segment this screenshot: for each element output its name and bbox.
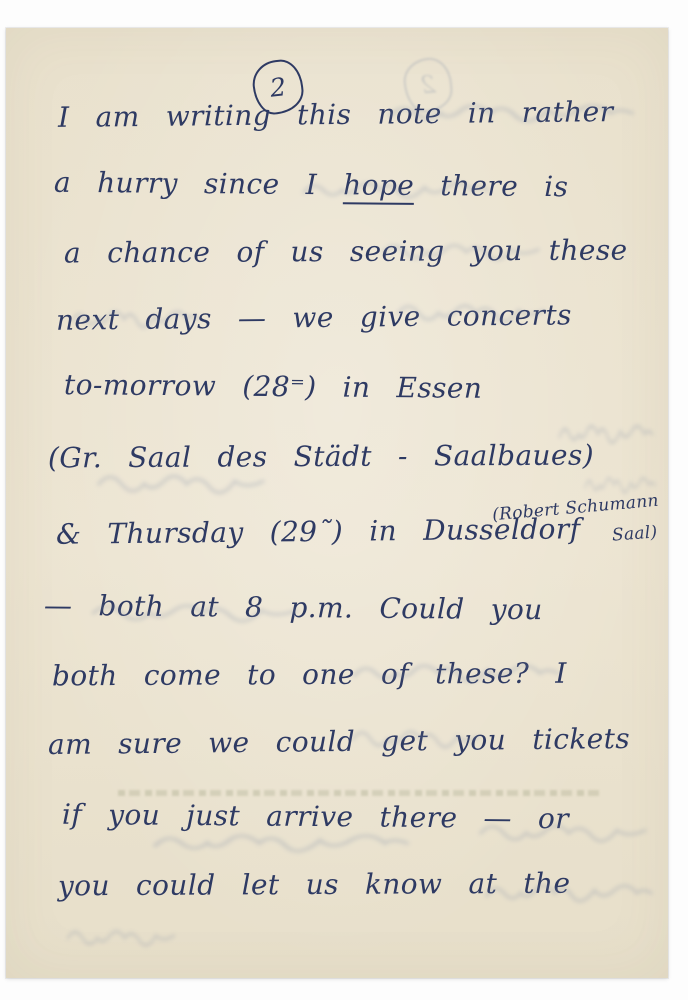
bleed-through-ghost bbox=[484, 880, 654, 906]
bleed-through-ghost bbox=[301, 178, 491, 202]
letter-line-7: & Thursday (29˜) in Dusseldorf bbox=[56, 512, 581, 550]
bleed-through-ghost bbox=[381, 240, 541, 264]
letter-line-3: a chance of us seeing you these bbox=[64, 234, 628, 270]
printed-bleed-through-line bbox=[118, 790, 600, 796]
letter-line-10: am sure we could get you tickets bbox=[48, 722, 630, 761]
annotation-saal: Saal) bbox=[611, 522, 658, 545]
bleed-through-ghost bbox=[351, 726, 481, 752]
bleed-through-ghost bbox=[584, 473, 656, 497]
bleed-through-ghost bbox=[70, 306, 200, 332]
letter-line-5: to-morrow (28⁼) in Essen bbox=[64, 368, 483, 405]
bleed-through-ghost bbox=[90, 600, 300, 626]
bleed-through-ghost bbox=[351, 660, 561, 686]
bleed-through-ghost bbox=[558, 420, 654, 448]
line2-pre: a hurry since I bbox=[54, 166, 344, 202]
bleed-through-ghost bbox=[478, 820, 648, 846]
letter-page: 2 2 I am writing this note in rather a h… bbox=[6, 28, 668, 978]
bleed-through-ghost bbox=[96, 470, 266, 498]
bleed-through-ghost bbox=[151, 830, 411, 856]
bleed-through-ghost bbox=[386, 100, 636, 126]
bleed-through-ghost bbox=[66, 926, 176, 950]
bleed-through-ghost bbox=[396, 300, 546, 326]
page-number-ghost-digit: 2 bbox=[419, 71, 436, 100]
